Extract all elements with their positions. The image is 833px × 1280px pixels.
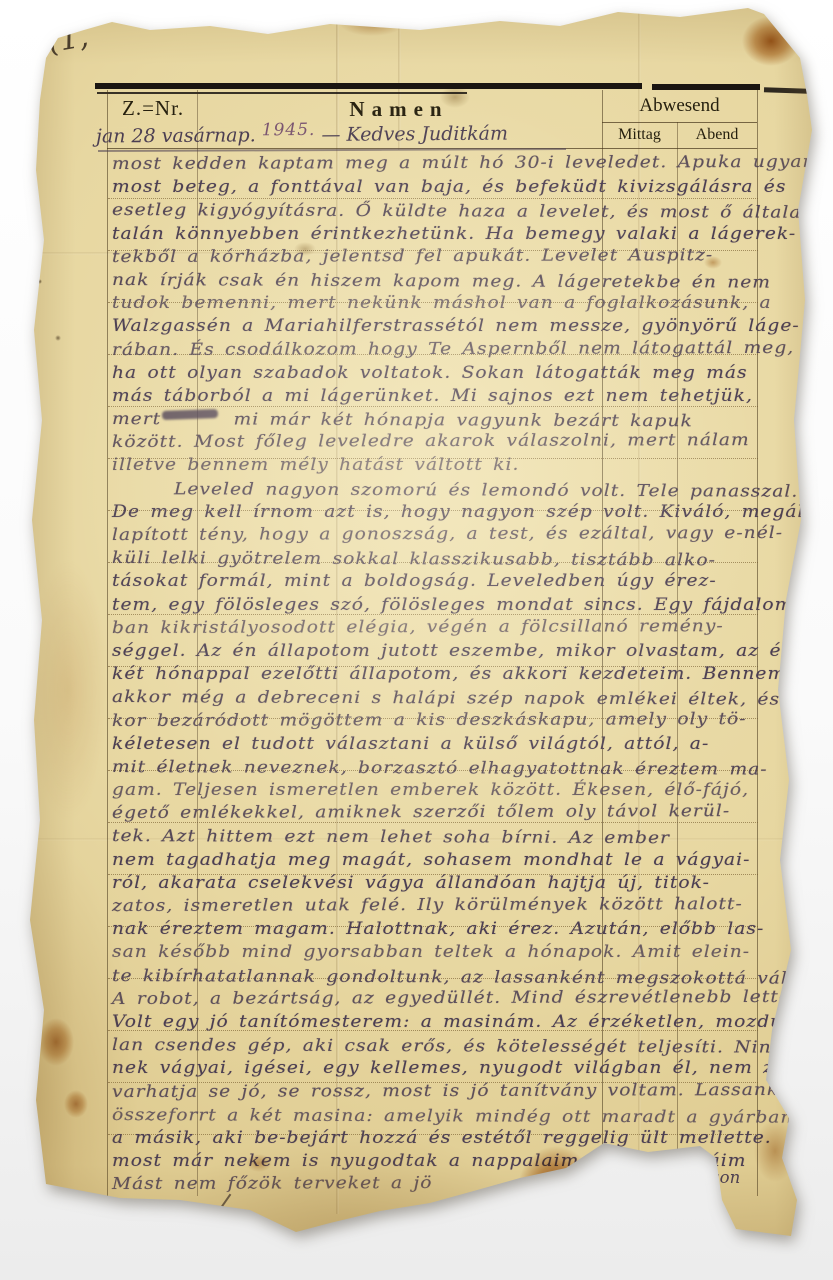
- handwriting-line: A robot, a bezártság, az egyedüllét. Min…: [112, 984, 833, 1009]
- handwriting-line: talán könnyebben érintkezhetünk. Ha beme…: [112, 222, 833, 245]
- handwriting-line: lan csendes gép, aki csak erős, és kötel…: [112, 1033, 833, 1059]
- handwriting-line: lapított tény, hogy a gonoszság, a test,…: [112, 521, 833, 546]
- handwriting-line: séggel. Az én állapotom jutott eszembe, …: [112, 639, 833, 662]
- letter-body: most kedden kaptam meg a múlt hó 30-i le…: [112, 152, 772, 1195]
- salutation-text: — Kedves Juditkám: [321, 123, 508, 146]
- handwriting-line: között. Most főleg leveledre akarok vála…: [112, 428, 833, 453]
- handwriting-line: küli lelki gyötrelem sokkal klasszikusab…: [112, 546, 833, 572]
- handwriting-line: a másik, aki be-bejárt hozzá és estétől …: [112, 1126, 833, 1149]
- handwriting-line: tekből a kórházba, jelentsd fel apukát. …: [112, 242, 833, 267]
- stray-pen-mark: [219, 1194, 252, 1225]
- ink-speck: [37, 279, 42, 284]
- handwriting-line: rában. És csodálkozom hogy Te Aspernből …: [112, 335, 833, 360]
- corner-page-number: (1,: [45, 19, 91, 60]
- handwriting-line: nak éreztem magam. Halottnak, aki érez. …: [112, 917, 833, 940]
- handwriting-line: tásokat formál, mint a boldogság. Levele…: [112, 569, 833, 592]
- handwriting-line: más táborból a mi lágerünket. Mi sajnos …: [112, 384, 833, 407]
- date-text: jan 28 vasárnap.: [96, 124, 256, 147]
- top-rule-thick-right: [652, 84, 760, 90]
- column-abwesend-label: Abwesend: [602, 95, 757, 117]
- handwriting-line: san később mind gyorsabban teltek a hóna…: [112, 940, 833, 963]
- rust-stain: [64, 1090, 88, 1118]
- handwriting-line: De meg kell írnom azt is, hogy nagyon sz…: [112, 500, 833, 523]
- handwriting-line: most kedden kaptam meg a múlt hó 30-i le…: [112, 150, 833, 175]
- letter-paper: Z.=Nr. Namen Abwesend Mittag Abend (1, j…: [0, 0, 833, 1280]
- column-namen-label: Namen: [196, 97, 602, 122]
- top-rule-thin: [97, 92, 467, 94]
- handwriting-line: nek vágyai, igései, egy kellemes, nyugod…: [112, 1056, 833, 1079]
- faint-stain: [340, 12, 404, 36]
- handwriting-line: Volt egy jó tanítómesterem: a masinám. A…: [112, 1010, 833, 1033]
- handwriting-line: varhatja se jó, se rossz, most is jó tan…: [112, 1077, 833, 1102]
- faint-stain: [28, 560, 108, 820]
- column-znr-label: Z.=Nr.: [122, 96, 184, 121]
- column-mittag-label: Mittag: [602, 126, 677, 144]
- torn-line-fragment: a gon: [694, 1168, 740, 1187]
- handwriting-line: tek. Azt hittem ezt nem lehet soha bírni…: [112, 824, 833, 850]
- rust-stain: [38, 1018, 74, 1066]
- handwriting-line: illetve bennem mély hatást váltott ki.: [112, 453, 833, 476]
- handwriting-line: ha ott olyan szabadok voltatok. Sokan lá…: [112, 361, 833, 384]
- rust-stain: [742, 16, 800, 66]
- handwriting-line: Walzgassén a Mariahilferstrassétól nem m…: [112, 314, 833, 337]
- top-rule-thick-left: [95, 83, 642, 89]
- handwriting-line: összeforrt a két masina: amelyik mindég …: [112, 1103, 833, 1129]
- handwriting-line: tudok bemenni, mert nekünk máshol van a …: [112, 291, 833, 314]
- handwriting-line: tem, egy fölösleges szó, fölösleges mond…: [112, 593, 833, 616]
- letter-paper-wrapper: Z.=Nr. Namen Abwesend Mittag Abend (1, j…: [0, 0, 833, 1280]
- handwriting-line: nak írják csak én hiszem kapom meg. A lá…: [112, 268, 833, 294]
- handwriting-line: gam. Teljesen ismeretlen emberek között.…: [112, 778, 833, 801]
- handwriting-line: két hónappal ezelőtti állapotom, és akko…: [112, 662, 833, 685]
- scanned-letter-page: { "document": { "type": "handwritten let…: [0, 0, 833, 1280]
- handwriting-line: égető emlékekkel, amiknek szerzői tőlem …: [112, 799, 833, 824]
- handwriting-line: mit életnek neveznek, borzasztó elhagyat…: [112, 755, 833, 781]
- handwriting-line: zatos, ismeretlen utak felé. Ily körülmé…: [112, 892, 833, 917]
- handwriting-line: ban kikristályosodott elégia, végén a fö…: [112, 613, 833, 638]
- top-rule-thick-corner: [764, 87, 808, 94]
- handwriting-line: Leveled nagyon szomorú és lemondó volt. …: [112, 477, 833, 503]
- abwesend-subheader-line: [602, 122, 757, 123]
- rust-stain: [586, 1184, 618, 1222]
- handwriting-line: kéletesen el tudott választani a külső v…: [112, 732, 833, 755]
- handwriting-line: most beteg, a fonttával van baja, és bef…: [112, 175, 833, 198]
- handwriting-line: ról, akarata cselekvési vágya állandóan …: [112, 871, 833, 894]
- date-year: 1945.: [262, 120, 316, 140]
- handwriting-line: nem tagadhatja meg magát, sohasem mondha…: [112, 848, 833, 871]
- handwritten-date-line: jan 28 vasárnap. 1945. — Kedves Juditkám: [96, 123, 508, 148]
- ink-speck: [55, 335, 61, 341]
- column-abend-label: Abend: [677, 126, 757, 144]
- handwriting-line: kor bezáródott mögöttem a kis deszkáskap…: [112, 706, 833, 731]
- handwriting-line: esetleg kigyógyításra. Ő küldte haza a l…: [112, 198, 833, 224]
